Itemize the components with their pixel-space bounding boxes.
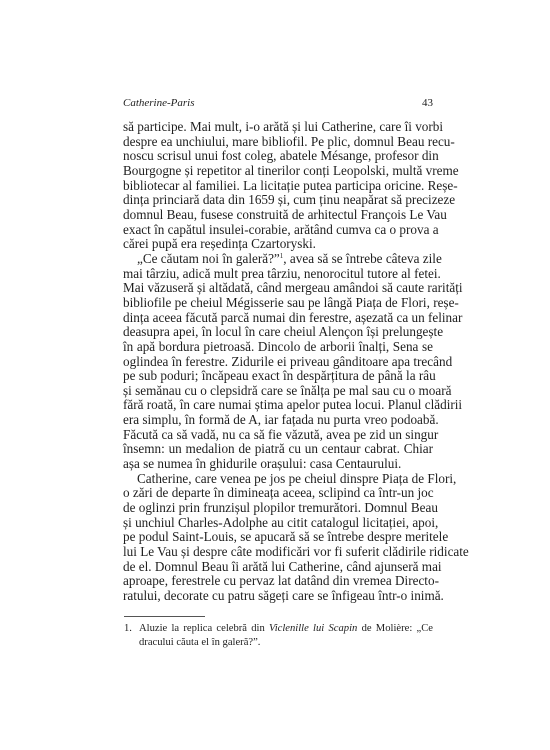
book-page: Catherine-Paris 43 să participe. Mai mul… <box>123 0 433 750</box>
running-head: Catherine-Paris 43 <box>123 96 433 110</box>
footnote-number: 1. <box>124 622 132 636</box>
text-line: Făcută ca să vadă, nu ca să fie văzută, … <box>123 428 433 443</box>
page-number: 43 <box>422 96 433 110</box>
text-line: deasupra apei, în locul în care cheiul A… <box>123 325 433 340</box>
paragraph-2: „Ce căutam noi în galeră?”1, avea să se … <box>123 252 433 472</box>
text-line: Catherine, care venea pe jos pe cheiul d… <box>123 472 433 487</box>
text-line: Mai văzuseră și altădată, când mergeau a… <box>123 281 433 296</box>
text-line: dința aceea făcută parcă numai din feres… <box>123 311 433 326</box>
footnote-text: Aluzie la replica celebră din <box>139 623 269 634</box>
footnotes: 1. Aluzie la replica celebră din Vicleni… <box>123 622 433 650</box>
text-line: lui Le Vau și despre câte modificări vor… <box>123 545 433 560</box>
text-line: să participe. Mai mult, i-o arătă și lui… <box>123 120 433 135</box>
text-line: în apă bordura pietroasă. Dincolo de arb… <box>123 340 433 355</box>
footnote-text: de Molière: „Ce <box>357 623 433 634</box>
text-line: oglindea în ferestre. Zidurile ei privea… <box>123 355 433 370</box>
text-line: și unchiul Charles-Adolphe au citit cata… <box>123 516 433 531</box>
text-line: despre ea unchiului, mare bibliofil. Pe … <box>123 135 433 150</box>
text-line: așa se numea în ghidurile orașului: casa… <box>123 457 433 472</box>
text-line: însemn: un medalion de piatră cu un cent… <box>123 442 433 457</box>
text-line: fără roată, în care numai știma apelor p… <box>123 398 433 413</box>
text-line: domnul Beau, fusese construită de arhite… <box>123 208 433 223</box>
text-line: pe sub poduri; încăpeau exact în despărț… <box>123 369 433 384</box>
text-line: bibliofile pe cheiul Mégisserie sau pe l… <box>123 296 433 311</box>
text-line: dința princiară data din 1659 și, cum ți… <box>123 193 433 208</box>
work-title: Viclenille lui Scapin <box>269 623 357 634</box>
text-line: „Ce căutam noi în galeră?”1, avea să se … <box>123 252 433 267</box>
paragraph-1: să participe. Mai mult, i-o arătă și lui… <box>123 120 433 252</box>
text-line: pe podul Saint-Louis, se apucară să se î… <box>123 530 433 545</box>
text-line: o zări de departe în dimineața aceea, sc… <box>123 486 433 501</box>
paragraph-3: Catherine, care venea pe jos pe cheiul d… <box>123 472 433 604</box>
text-line: de oglinzi prin frunzișul plopilor tremu… <box>123 501 433 516</box>
text-line: ratului, decorate cu patru săgeți care s… <box>123 589 433 604</box>
text-line: era simplu, în formă de A, iar fațada nu… <box>123 413 433 428</box>
text-line: cărei pupă era reședința Czartoryski. <box>123 237 433 252</box>
footnote-1: 1. Aluzie la replica celebră din Vicleni… <box>123 622 433 650</box>
text-line: de el. Domnul Beau îi arătă lui Catherin… <box>123 560 433 575</box>
text-line: și semănau cu o clepsidră care se înălța… <box>123 384 433 399</box>
footnote-line: dracului căuta el în galeră?”. <box>139 636 433 650</box>
text-span: , avea să se întrebe câteva zile <box>283 251 442 266</box>
text-line: exact în capătul insulei-corabie, arătân… <box>123 223 433 238</box>
footnote-divider <box>124 616 205 617</box>
body-text: să participe. Mai mult, i-o arătă și lui… <box>123 120 433 604</box>
text-line: aproape, ferestrele cu pervaz lat datând… <box>123 574 433 589</box>
text-line: Bourgogne și repetitor al tinerilor conț… <box>123 164 433 179</box>
quote-text: „Ce căutam noi în galeră?” <box>137 251 280 266</box>
footnote-line: Aluzie la replica celebră din Viclenille… <box>139 622 433 636</box>
text-line: mai târziu, adică mult prea târziu, neno… <box>123 267 433 282</box>
text-line: noscu scrisul unui fost coleg, abatele M… <box>123 149 433 164</box>
text-line: bibliotecar al familiei. La licitație pu… <box>123 179 433 194</box>
running-title: Catherine-Paris <box>123 96 195 110</box>
